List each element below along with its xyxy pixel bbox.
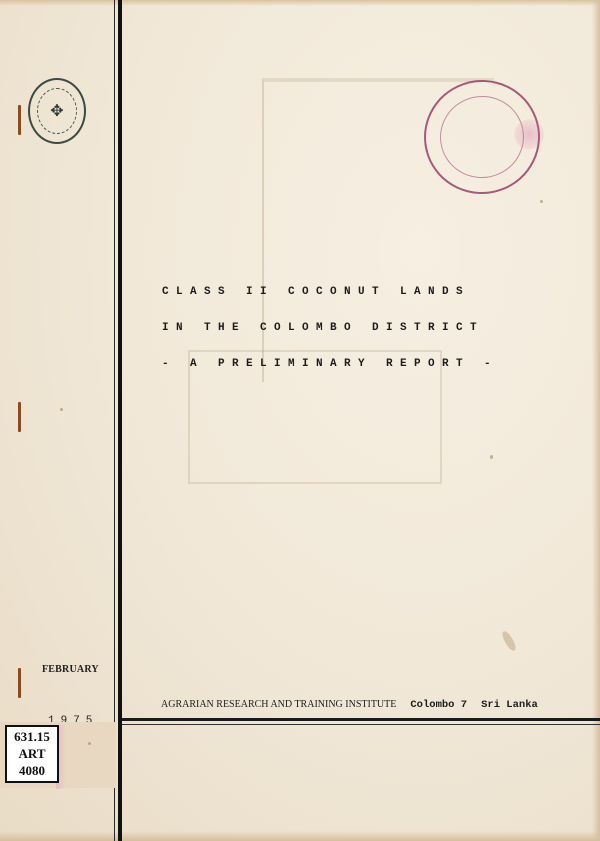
paper-stain — [500, 629, 518, 652]
paper-edge-bottom — [0, 831, 600, 841]
seal-emblem-icon: ✥ — [50, 103, 63, 119]
vertical-rule-thick — [118, 0, 122, 841]
vertical-rule-thin — [114, 0, 115, 841]
seal-ring: ✥ — [37, 88, 77, 134]
report-title: CLASS II COCONUT LANDS IN THE COLOMBO DI… — [162, 284, 498, 392]
paper-speck — [540, 200, 543, 203]
institute-country: Sri Lanka — [481, 699, 538, 711]
title-line-3: - A PRELIMINARY REPORT - — [162, 356, 498, 392]
horizontal-rule-thin — [122, 724, 600, 725]
title-line-1: CLASS II COCONUT LANDS — [162, 284, 498, 320]
title-line-2: IN THE COLOMBO DISTRICT — [162, 320, 498, 356]
call-number-class: 631.15 — [7, 728, 57, 745]
staple-icon — [18, 402, 21, 432]
horizontal-rule-thick — [122, 718, 600, 721]
institute-city: Colombo 7 — [410, 699, 467, 711]
document-cover: ✥ CLASS II COCONUT LANDS IN THE COLOMBO … — [0, 0, 600, 841]
call-number-accession: 4080 — [7, 762, 57, 779]
staple-icon — [18, 105, 21, 135]
paper-edge-right — [592, 0, 600, 841]
paper-edge-top — [0, 0, 600, 6]
library-call-number-label: 631.15 ART 4080 — [5, 725, 59, 783]
call-number-author: ART — [7, 745, 57, 762]
publisher-footer: AGRARIAN RESEARCH AND TRAINING INSTITUTE… — [161, 699, 552, 711]
paper-speck — [60, 408, 63, 411]
publication-month: FEBRUARY — [42, 664, 99, 675]
institute-name: AGRARIAN RESEARCH AND TRAINING INSTITUTE — [161, 699, 396, 710]
emblem-seal-icon: ✥ — [28, 78, 86, 144]
paper-speck — [490, 455, 493, 459]
staple-icon — [18, 668, 21, 698]
paper-speck — [88, 742, 91, 745]
